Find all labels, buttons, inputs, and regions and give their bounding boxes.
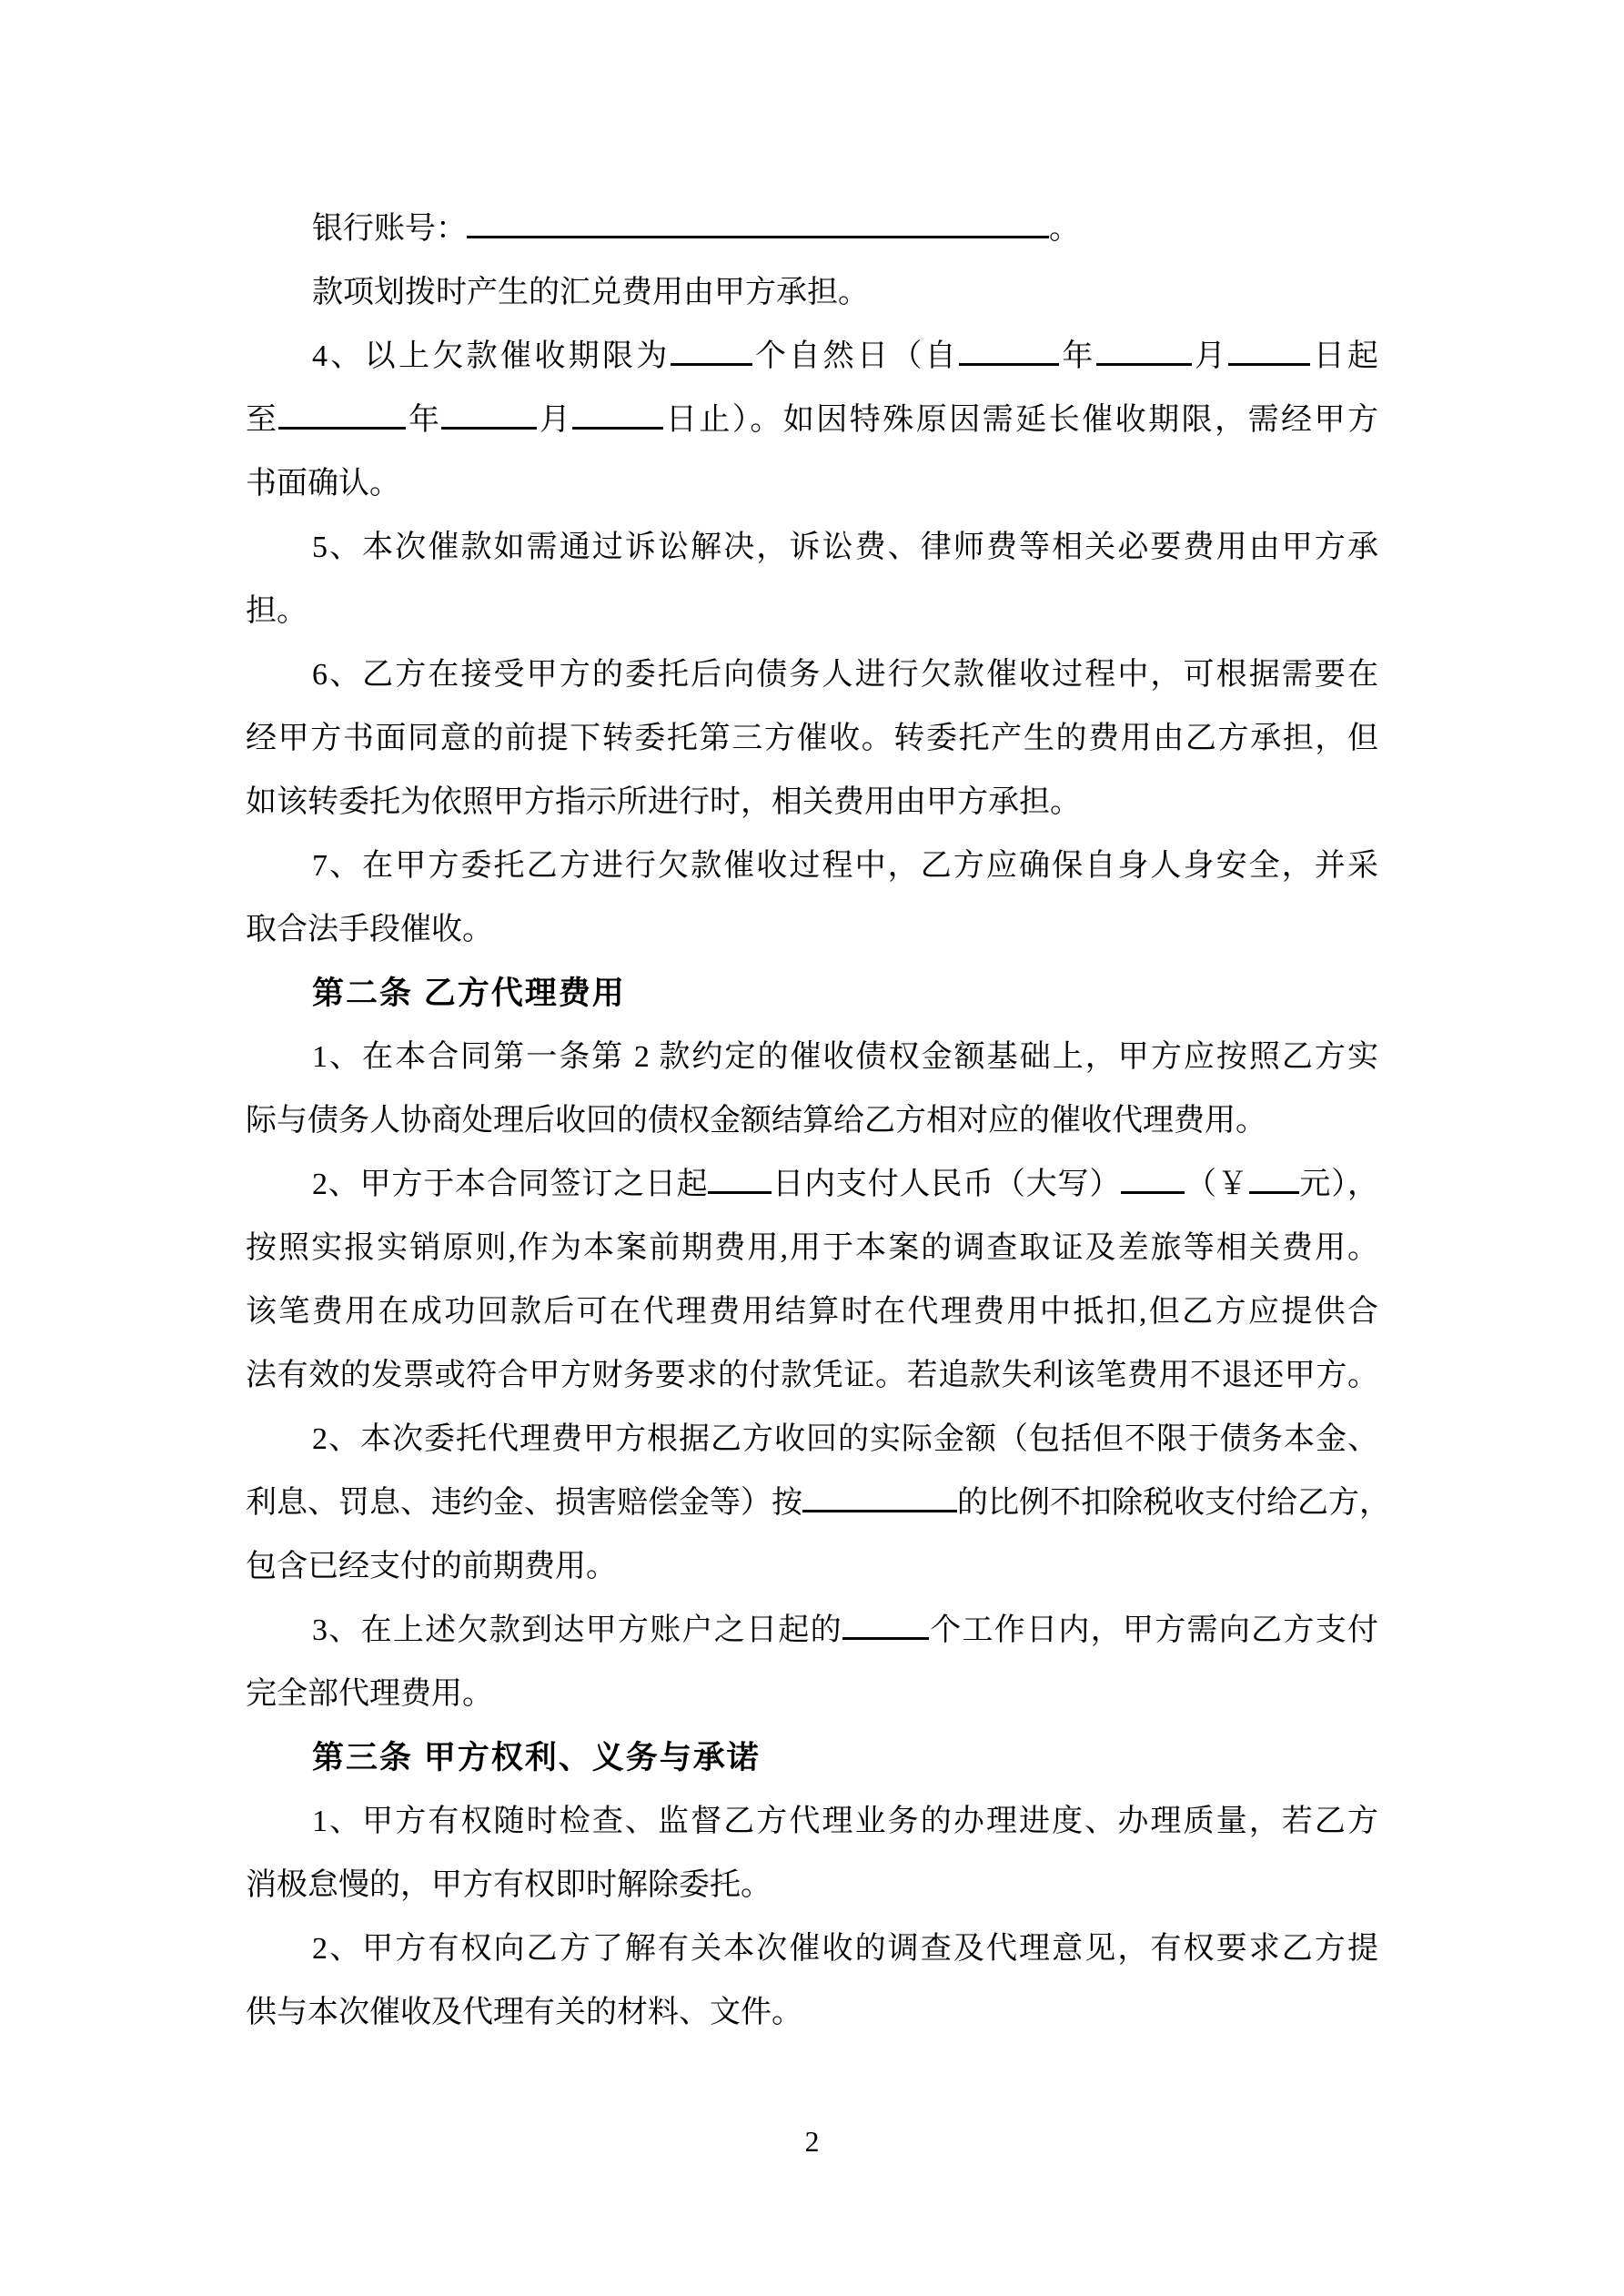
text-run: 7、在甲方委托乙方进行欠款催收过程中，乙方应确保自身人身安全，并采 (312, 849, 1378, 883)
text-line: 经甲方书面同意的前提下转委托第三方催收。转委托产生的费用由乙方承担，但 (246, 716, 1378, 762)
text-line: 4、以上欠款催收期限为个自然日（自年月日起 (246, 334, 1378, 379)
text-run: 包含已经支付的前期费用。 (246, 1550, 617, 1583)
text-line: 7、在甲方委托乙方进行欠款催收过程中，乙方应确保自身人身安全，并采 (246, 844, 1378, 889)
text-run: 第三条 甲方权利、义务与承诺 (312, 1740, 761, 1775)
text-line: 担。 (246, 589, 1378, 634)
text-run: 完全部代理费用。 (246, 1677, 493, 1711)
blank-underline (441, 400, 537, 430)
text-run: 日起 (1310, 339, 1378, 373)
blank-underline (278, 400, 406, 430)
text-line: 按照实报实销原则,作为本案前期费用,用于本案的调查取证及差旅等相关费用。 (246, 1226, 1378, 1271)
text-run: 如该转委托为依照甲方指示所进行时，相关费用由甲方承担。 (246, 785, 1081, 819)
text-run: 月 (537, 403, 572, 437)
text-run: 法有效的发票或符合甲方财务要求的付款凭证。若追款失利该笔费用不退还甲方。 (246, 1359, 1378, 1392)
blank-underline (1228, 336, 1310, 366)
blank-underline (671, 336, 752, 366)
text-run: 银行账号： (312, 212, 467, 246)
text-line: 供与本次催收及代理有关的材料、文件。 (246, 1990, 1378, 2036)
text-run: 月 (1192, 339, 1229, 373)
text-run: 年 (1059, 339, 1096, 373)
text-run: 4、以上欠款催收期限为 (312, 339, 671, 373)
text-line: 3、在上述欠款到达甲方账户之日起的个工作日内，甲方需向乙方支付 (246, 1608, 1378, 1654)
blank-underline (708, 1164, 772, 1194)
page-number: 2 (0, 2120, 1624, 2162)
text-run: 。 (1049, 212, 1080, 246)
text-run: 日止）。如因特殊原因需延长催收期限，需经甲方 (663, 403, 1378, 437)
text-run: 际与债务人协商处理后收回的债权金额结算给乙方相对应的催收代理费用。 (246, 1104, 1266, 1138)
section-heading: 第三条 甲方权利、义务与承诺 (246, 1735, 1378, 1781)
text-line: 法有效的发票或符合甲方财务要求的付款凭证。若追款失利该笔费用不退还甲方。 (246, 1353, 1378, 1399)
text-run: 2、本次委托代理费甲方根据乙方收回的实际金额（包括但不限于债务本金、 (312, 1422, 1378, 1456)
blank-underline (572, 400, 663, 430)
text-line: 5、本次催款如需通过诉讼解决，诉讼费、律师费等相关必要费用由甲方承 (246, 525, 1378, 571)
text-line: 完全部代理费用。 (246, 1672, 1378, 1717)
text-run: 利息、罚息、违约金、损害赔偿金等）按 (246, 1486, 802, 1520)
text-line: 书面确认。 (246, 461, 1378, 507)
text-run: 至 (246, 403, 278, 437)
text-run: 元）， (1299, 1168, 1378, 1201)
text-run: 5、本次催款如需通过诉讼解决，诉讼费、律师费等相关必要费用由甲方承 (312, 531, 1378, 564)
text-line: 该笔费用在成功回款后可在代理费用结算时在代理费用中抵扣,但乙方应提供合 (246, 1290, 1378, 1335)
text-line: 消极怠慢的，甲方有权即时解除委托。 (246, 1863, 1378, 1908)
text-run: 的比例不扣除税收支付给乙方， (957, 1486, 1390, 1520)
text-line: 1、在本合同第一条第 2 款约定的催收债权金额基础上，甲方应按照乙方实 (246, 1035, 1378, 1080)
text-run: 书面确认。 (246, 467, 400, 501)
text-line: 利息、罚息、违约金、损害赔偿金等）按的比例不扣除税收支付给乙方， (246, 1481, 1378, 1526)
text-run: （￥ (1185, 1168, 1248, 1201)
blank-underline (1121, 1164, 1185, 1194)
blank-underline (1249, 1164, 1299, 1194)
blank-underline (467, 208, 1049, 238)
text-run: 该笔费用在成功回款后可在代理费用结算时在代理费用中抵扣,但乙方应提供合 (246, 1295, 1378, 1329)
text-run: 个自然日（自 (752, 339, 959, 373)
text-run: 个工作日内，甲方需向乙方支付 (929, 1613, 1378, 1647)
document-page: 2 银行账号：。款项划拨时产生的汇兑费用由甲方承担。4、以上欠款催收期限为个自然… (0, 0, 1624, 2296)
text-line: 至年月日止）。如因特殊原因需延长催收期限，需经甲方 (246, 398, 1378, 443)
section-heading: 第二条 乙方代理费用 (246, 971, 1378, 1017)
text-run: 按照实报实销原则,作为本案前期费用,用于本案的调查取证及差旅等相关费用。 (246, 1231, 1378, 1265)
text-run: 经甲方书面同意的前提下转委托第三方催收。转委托产生的费用由乙方承担，但 (246, 722, 1378, 755)
text-run: 供与本次催收及代理有关的材料、文件。 (246, 1996, 802, 2029)
text-run: 日内支付人民币（大写） (772, 1168, 1121, 1201)
text-line: 2、甲方于本合同签订之日起日内支付人民币（大写）（￥元）， (246, 1162, 1378, 1208)
text-run: 1、在本合同第一条第 2 款约定的催收债权金额基础上，甲方应按照乙方实 (312, 1040, 1378, 1074)
text-run: 担。 (246, 594, 308, 628)
text-run: 1、甲方有权随时检查、监督乙方代理业务的办理进度、办理质量，若乙方 (312, 1805, 1378, 1838)
text-line: 如该转委托为依照甲方指示所进行时，相关费用由甲方承担。 (246, 780, 1378, 825)
text-run: 年 (406, 403, 441, 437)
text-line: 2、本次委托代理费甲方根据乙方收回的实际金额（包括但不限于债务本金、 (246, 1417, 1378, 1462)
text-run: 消极怠慢的，甲方有权即时解除委托。 (246, 1868, 772, 1902)
text-run: 3、在上述欠款到达甲方账户之日起的 (312, 1613, 842, 1647)
blank-underline (842, 1610, 929, 1640)
text-line: 2、甲方有权向乙方了解有关本次催收的调查及代理意见，有权要求乙方提 (246, 1927, 1378, 1972)
text-run: 款项划拨时产生的汇兑费用由甲方承担。 (312, 276, 869, 309)
blank-underline (802, 1482, 957, 1512)
text-line: 取合法手段催收。 (246, 907, 1378, 953)
text-line: 6、乙方在接受甲方的委托后向债务人进行欠款催收过程中，可根据需要在 (246, 652, 1378, 698)
text-line: 际与债务人协商处理后收回的债权金额结算给乙方相对应的催收代理费用。 (246, 1098, 1378, 1144)
text-line: 款项划拨时产生的汇兑费用由甲方承担。 (246, 270, 1378, 316)
blank-underline (959, 336, 1059, 366)
text-line: 包含已经支付的前期费用。 (246, 1544, 1378, 1590)
text-run: 2、甲方于本合同签订之日起 (312, 1168, 708, 1201)
blank-underline (1096, 336, 1192, 366)
text-line: 银行账号：。 (246, 207, 1378, 252)
text-run: 第二条 乙方代理费用 (312, 976, 626, 1011)
text-run: 取合法手段催收。 (246, 913, 493, 946)
text-line: 1、甲方有权随时检查、监督乙方代理业务的办理进度、办理质量，若乙方 (246, 1799, 1378, 1845)
text-run: 6、乙方在接受甲方的委托后向债务人进行欠款催收过程中，可根据需要在 (312, 658, 1378, 692)
text-run: 2、甲方有权向乙方了解有关本次催收的调查及代理意见，有权要求乙方提 (312, 1932, 1378, 1966)
